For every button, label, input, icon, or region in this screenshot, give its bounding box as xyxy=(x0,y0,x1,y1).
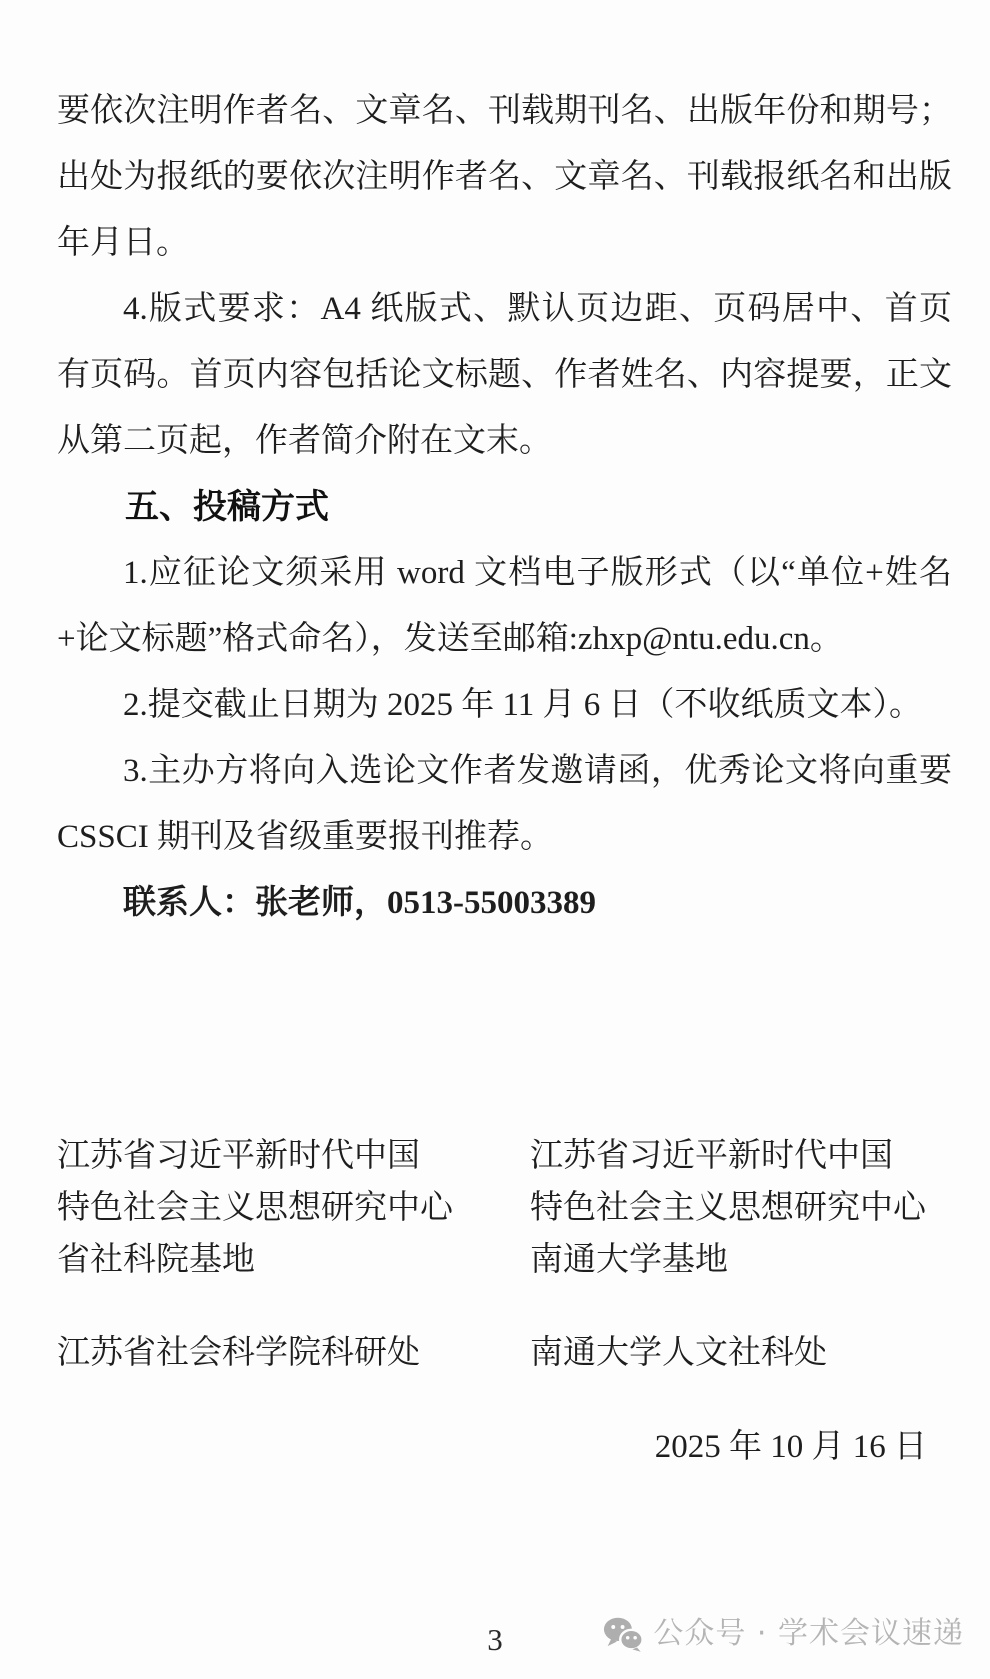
watermark-text: 公众号 · 学术会议速递 xyxy=(653,1614,964,1654)
wechat-icon xyxy=(603,1616,644,1652)
paragraph-format-requirements: 4.版式要求：A4 纸版式、默认页边距、页码居中、首页有页码。首页内容包括论文标… xyxy=(57,276,952,474)
paragraph-citation-continued: 要依次注明作者名、文章名、刊载期刊名、出版年份和期号；出处为报纸的要依次注明作者… xyxy=(57,78,952,276)
signature-block: 江苏省习近平新时代中国 特色社会主义思想研究中心 省社科院基地 江苏省社会科学院… xyxy=(57,1130,944,1379)
signature-column-right: 江苏省习近平新时代中国 特色社会主义思想研究中心 南通大学基地 南通大学人文社科… xyxy=(530,1130,944,1379)
section-heading-submission: 五、投稿方式 xyxy=(57,474,952,540)
signature-org-right-line2: 特色社会主义思想研究中心 xyxy=(530,1182,944,1234)
paragraph-submission-item3: 3.主办方将向入选论文作者发邀请函，优秀论文将向重要 CSSCI 期刊及省级重要… xyxy=(57,738,952,870)
contact-line: 联系人：张老师，0513-55003389 xyxy=(57,870,952,936)
paragraph-submission-item2: 2.提交截止日期为 2025 年 11 月 6 日（不收纸质文本）。 xyxy=(57,672,952,738)
watermark: 公众号 · 学术会议速递 xyxy=(603,1614,964,1654)
signature-org-left-second: 江苏省社会科学院科研处 xyxy=(57,1327,530,1379)
signature-org-left-line1: 江苏省习近平新时代中国 xyxy=(57,1130,530,1182)
document-page: 要依次注明作者名、文章名、刊载期刊名、出版年份和期号；出处为报纸的要依次注明作者… xyxy=(0,0,990,1679)
document-body: 要依次注明作者名、文章名、刊载期刊名、出版年份和期号；出处为报纸的要依次注明作者… xyxy=(57,78,952,936)
document-date: 2025 年 10 月 16 日 xyxy=(655,1428,927,1466)
signature-org-left-line3: 省社科院基地 xyxy=(57,1234,530,1286)
signature-org-right-line1: 江苏省习近平新时代中国 xyxy=(530,1130,944,1182)
signature-org-right-line3: 南通大学基地 xyxy=(530,1234,944,1286)
signature-column-left: 江苏省习近平新时代中国 特色社会主义思想研究中心 省社科院基地 江苏省社会科学院… xyxy=(57,1130,530,1379)
signature-org-left-line2: 特色社会主义思想研究中心 xyxy=(57,1182,530,1234)
paragraph-submission-item1: 1.应征论文须采用 word 文档电子版形式（以“单位+姓名+论文标题”格式命名… xyxy=(57,540,952,672)
signature-org-right-second: 南通大学人文社科处 xyxy=(530,1327,944,1379)
